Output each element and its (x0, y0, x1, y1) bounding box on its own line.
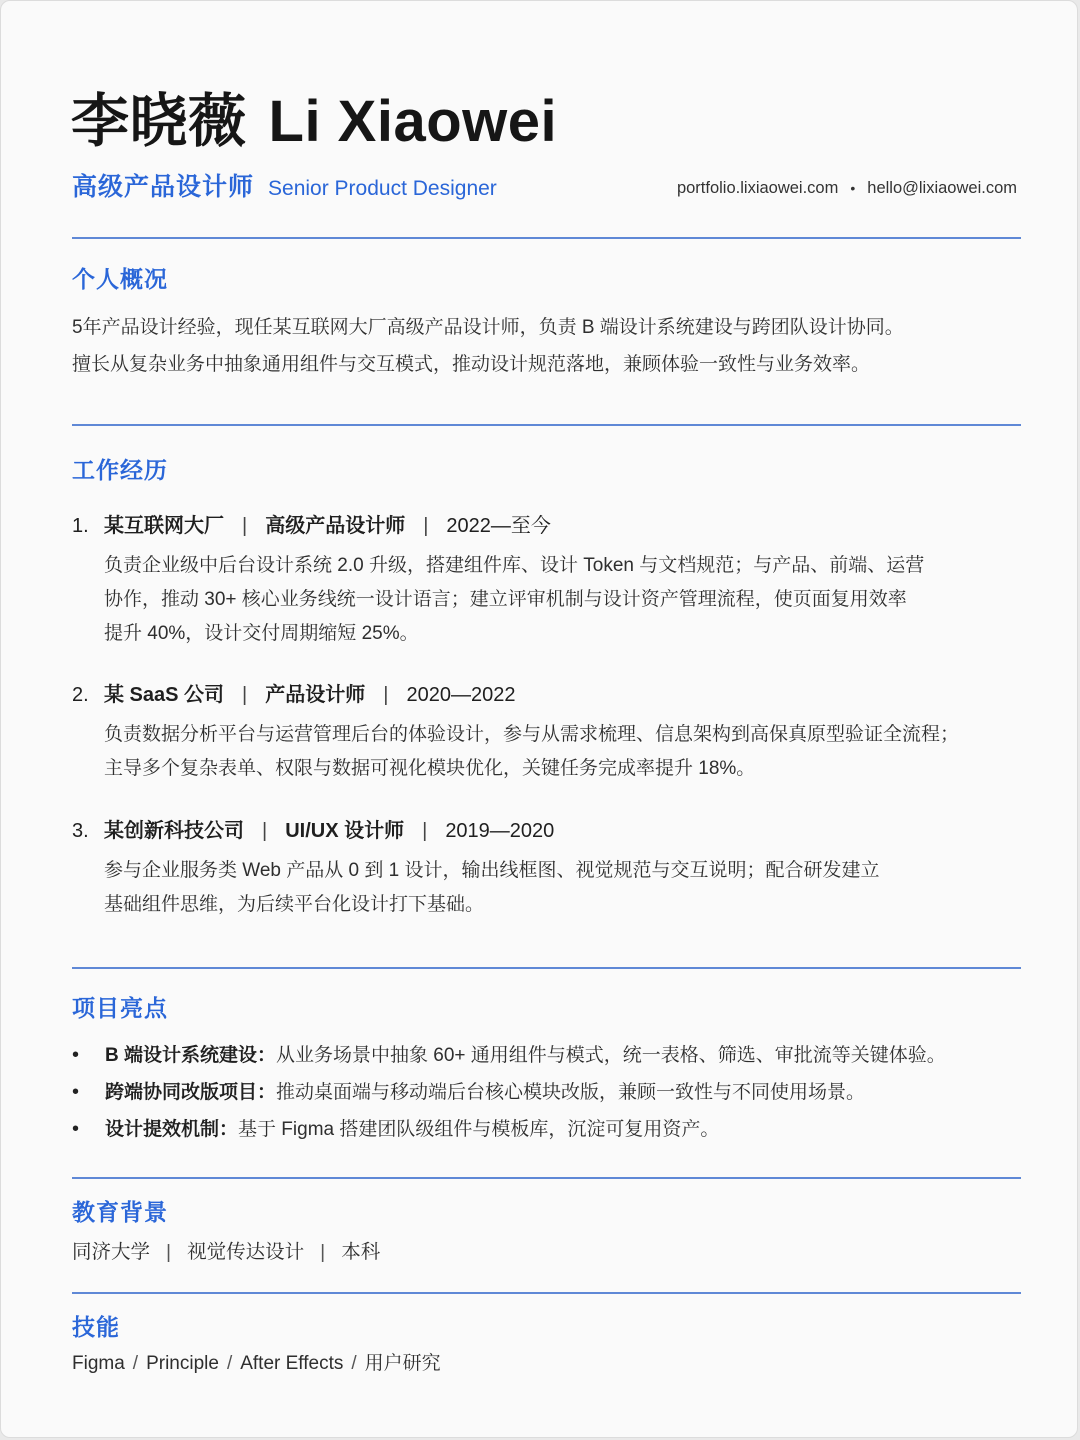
section-title-summary: 个人概况 (72, 263, 168, 295)
highlights-list: •B 端设计系统建设：从业务场景中抽象 60+ 通用组件与模式，统一表格、筛选、… (72, 1037, 1022, 1148)
skill-item: 用户研究 (365, 1353, 441, 1374)
skill-item: Figma (72, 1353, 125, 1374)
job-description: 参与企业服务类 Web 产品从 0 到 1 设计，输出线框图、视觉规范与交互说明… (104, 854, 1022, 922)
job-company: 某互联网大厂 (104, 515, 224, 537)
divider (72, 237, 1021, 239)
job-title-chinese: 高级产品设计师 (72, 173, 254, 201)
summary-line: 擅长从复杂业务中抽象通用组件与交互模式，推动设计规范落地，兼顾体验一致性与业务效… (72, 346, 1022, 383)
divider (72, 1177, 1021, 1179)
job-header: 2.某 SaaS 公司|产品设计师|2020—2022 (72, 680, 1022, 710)
job-period: 2020—2022 (406, 684, 515, 706)
portfolio-link[interactable]: portfolio.lixiaowei.com (677, 179, 838, 197)
section-title-skills: 技能 (72, 1311, 120, 1343)
section-title-experience: 工作经历 (72, 454, 168, 486)
job-separator: | (262, 820, 267, 842)
skill-separator: / (351, 1353, 356, 1374)
skill-item: After Effects (240, 1353, 343, 1374)
highlight-text: 推动桌面端与移动端后台核心模块改版，兼顾一致性与不同使用场景。 (276, 1082, 865, 1103)
bullet-icon: • (72, 1037, 82, 1074)
job-number: 1. (72, 511, 104, 541)
job-entry: 1.某互联网大厂|高级产品设计师|2022—至今 负责企业级中后台设计系统 2.… (72, 511, 1022, 651)
job-period: 2022—至今 (446, 515, 551, 537)
job-title: 高级产品设计师Senior Product Designer (72, 169, 497, 209)
skills-list: Figma/Principle/After Effects/用户研究 (72, 1349, 441, 1379)
job-entry: 2.某 SaaS 公司|产品设计师|2020—2022 负责数据分析平台与运营管… (72, 680, 1022, 786)
education-major: 视觉传达设计 (187, 1241, 304, 1263)
job-period: 2019—2020 (445, 820, 554, 842)
highlight-item: •B 端设计系统建设：从业务场景中抽象 60+ 通用组件与模式，统一表格、筛选、… (72, 1037, 1022, 1074)
section-title-highlights: 项目亮点 (72, 992, 168, 1024)
bullet-icon: • (72, 1111, 82, 1148)
education-school: 同济大学 (72, 1241, 150, 1263)
education-info: 同济大学|视觉传达设计|本科 (72, 1237, 380, 1267)
job-description: 负责企业级中后台设计系统 2.0 升级，搭建组件库、设计 Token 与文档规范… (104, 549, 1022, 651)
highlight-text: 基于 Figma 搭建团队级组件与模板库，沉淀可复用资产。 (238, 1119, 719, 1140)
job-description-line: 协作，推动 30+ 核心业务线统一设计语言；建立评审机制与设计资产管理流程，使页… (104, 583, 1022, 617)
education-separator: | (320, 1241, 325, 1263)
job-description-line: 提升 40%，设计交付周期缩短 25%。 (104, 617, 1022, 651)
highlight-item: •设计提效机制：基于 Figma 搭建团队级组件与模板库，沉淀可复用资产。 (72, 1111, 1022, 1148)
job-number: 2. (72, 680, 104, 710)
job-company: 某 SaaS 公司 (104, 684, 224, 706)
job-separator: | (242, 515, 247, 537)
highlight-label: B 端设计系统建设： (105, 1045, 276, 1066)
divider (72, 967, 1021, 969)
job-description-line: 主导多个复杂表单、权限与数据可视化模块优化，关键任务完成率提升 18%。 (104, 752, 1022, 786)
education-degree: 本科 (341, 1241, 380, 1263)
name-english: Li Xiaowei (269, 89, 558, 154)
resume-page: 李晓薇Li Xiaowei 高级产品设计师Senior Product Desi… (0, 0, 1078, 1438)
skill-item: Principle (146, 1353, 219, 1374)
email-link[interactable]: hello@lixiaowei.com (867, 179, 1017, 197)
divider (72, 424, 1021, 426)
job-separator: | (422, 820, 427, 842)
summary-line: 5年产品设计经验，现任某互联网大厂高级产品设计师，负责 B 端设计系统建设与跨团… (72, 309, 1022, 346)
highlight-label: 跨端协同改版项目： (105, 1082, 276, 1103)
job-description-line: 基础组件思维，为后续平台化设计打下基础。 (104, 888, 1022, 922)
highlight-text: 从业务场景中抽象 60+ 通用组件与模式，统一表格、筛选、审批流等关键体验。 (276, 1045, 946, 1066)
education-separator: | (166, 1241, 171, 1263)
bullet-icon: • (72, 1074, 82, 1111)
job-entry: 3.某创新科技公司|UI/UX 设计师|2019—2020 参与企业服务类 We… (72, 816, 1022, 922)
job-description-line: 参与企业服务类 Web 产品从 0 到 1 设计，输出线框图、视觉规范与交互说明… (104, 854, 1022, 888)
job-company: 某创新科技公司 (104, 820, 244, 842)
job-role: 产品设计师 (265, 684, 365, 706)
skill-separator: / (227, 1353, 232, 1374)
job-description-line: 负责企业级中后台设计系统 2.0 升级，搭建组件库、设计 Token 与文档规范… (104, 549, 1022, 583)
job-separator: | (423, 515, 428, 537)
job-role: UI/UX 设计师 (285, 820, 404, 842)
job-title-english: Senior Product Designer (268, 177, 497, 200)
contact-separator: • (850, 180, 855, 196)
job-description: 负责数据分析平台与运营管理后台的体验设计，参与从需求梳理、信息架构到高保真原型验… (104, 718, 1022, 786)
section-title-education: 教育背景 (72, 1196, 168, 1228)
job-description-line: 负责数据分析平台与运营管理后台的体验设计，参与从需求梳理、信息架构到高保真原型验… (104, 718, 1022, 752)
divider (72, 1292, 1021, 1294)
job-separator: | (383, 684, 388, 706)
name-chinese: 李晓薇 (71, 89, 247, 154)
job-header: 3.某创新科技公司|UI/UX 设计师|2019—2020 (72, 816, 1022, 846)
skill-separator: / (133, 1353, 138, 1374)
highlight-item: •跨端协同改版项目：推动桌面端与移动端后台核心模块改版，兼顾一致性与不同使用场景… (72, 1074, 1022, 1111)
job-header: 1.某互联网大厂|高级产品设计师|2022—至今 (72, 511, 1022, 541)
summary-text: 5年产品设计经验，现任某互联网大厂高级产品设计师，负责 B 端设计系统建设与跨团… (72, 309, 1022, 383)
job-role: 高级产品设计师 (265, 515, 405, 537)
highlight-label: 设计提效机制： (105, 1119, 238, 1140)
job-number: 3. (72, 816, 104, 846)
job-separator: | (242, 684, 247, 706)
candidate-name: 李晓薇Li Xiaowei (71, 87, 557, 157)
contact-info: portfolio.lixiaowei.com•hello@lixiaowei.… (677, 176, 1017, 200)
